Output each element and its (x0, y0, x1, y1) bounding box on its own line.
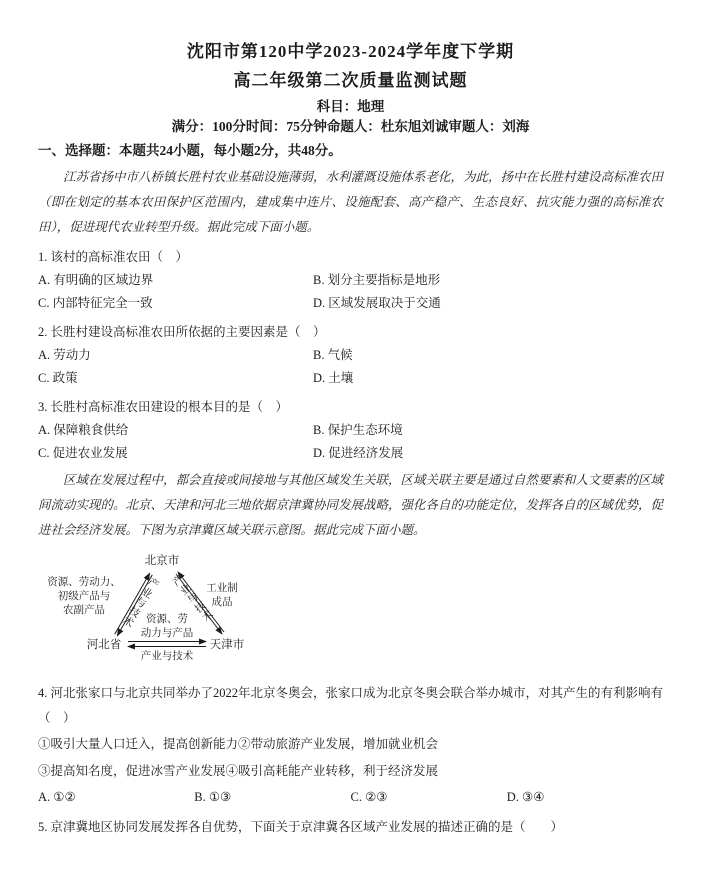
node-beijing: 北京市 (145, 552, 180, 568)
label-tianjin-to-hebei: 产业与技术 (141, 650, 194, 664)
label-hebei-to-beijing-line2: 初级产品与 (47, 590, 121, 604)
exam-meta-line: 满分：100分时间：75分钟命题人：杜东旭刘诚审题人：刘海 (38, 117, 663, 137)
question-5: 5. 京津冀地区协同发展发挥各自优势，下面关于京津冀各区域产业发展的描述正确的是… (38, 816, 663, 839)
question-2-option-d: D. 土壤 (313, 367, 663, 390)
label-tianjin-to-beijing-line1: 工业制 (206, 582, 238, 596)
question-2-options-row-2: C. 政策 D. 土壤 (38, 367, 663, 390)
label-tianjin-to-beijing-line2: 成品 (206, 596, 238, 610)
question-2-option-a: A. 劳动力 (38, 344, 313, 367)
question-1-option-b: B. 划分主要指标是地形 (313, 269, 663, 292)
question-2-stem: 2. 长胜村建设高标准农田所依据的主要因素是（ ） (38, 321, 663, 344)
exam-title-line2: 高二年级第二次质量监测试题 (38, 69, 663, 93)
question-3-stem: 3. 长胜村高标准农田建设的根本目的是（ ） (38, 396, 663, 419)
question-1-option-a: A. 有明确的区域边界 (38, 269, 313, 292)
exam-title-line1: 沈阳市第120中学2023-2024学年度下学期 (38, 40, 663, 64)
question-3-options-row-1: A. 保障粮食供给 B. 保护生态环境 (38, 419, 663, 442)
question-1-stem: 1. 该村的高标准农田（ ） (38, 246, 663, 269)
question-3-option-c: C. 促进农业发展 (38, 442, 313, 465)
exam-page: 沈阳市第120中学2023-2024学年度下学期 高二年级第二次质量监测试题 科… (0, 0, 701, 877)
jingjinji-relation-diagram: 北京市 河北省 天津市 资源、劳动力、 初级产品与 农副产品 产业与技术 产业与… (46, 547, 366, 675)
question-4-option-d: D. ③④ (507, 785, 663, 810)
question-3-option-d: D. 促进经济发展 (313, 442, 663, 465)
subject-line: 科目：地理 (38, 96, 663, 117)
question-2-option-c: C. 政策 (38, 367, 313, 390)
label-hebei-to-beijing: 资源、劳动力、 初级产品与 农副产品 (47, 576, 121, 618)
question-1-options-row-2: C. 内部特征完全一致 D. 区域发展取决于交通 (38, 292, 663, 315)
question-3-options-row-2: C. 促进农业发展 D. 促进经济发展 (38, 442, 663, 465)
node-hebei: 河北省 (87, 636, 122, 652)
question-4-option-a: A. ①② (38, 785, 194, 810)
question-4-option-c: C. ②③ (351, 785, 507, 810)
question-4-statements-1: ①吸引大量人口迁入，提高创新能力②带动旅游产业发展，增加就业机会 (38, 731, 663, 758)
question-4: 4. 河北张家口与北京共同举办了2022年北京冬奥会，张家口成为北京冬奥会联合举… (38, 681, 663, 810)
question-1-options-row-1: A. 有明确的区域边界 B. 划分主要指标是地形 (38, 269, 663, 292)
label-hebei-to-beijing-line1: 资源、劳动力、 (47, 576, 121, 590)
passage-2: 区域在发展过程中，都会直接或间接地与其他区域发生关联，区域关联主要是通过自然要素… (38, 468, 663, 543)
question-5-stem: 5. 京津冀地区协同发展发挥各自优势，下面关于京津冀各区域产业发展的描述正确的是… (38, 816, 663, 839)
label-hebei-to-tianjin-line2: 动力与产品 (141, 627, 194, 641)
question-1: 1. 该村的高标准农田（ ） A. 有明确的区域边界 B. 划分主要指标是地形 … (38, 246, 663, 315)
question-2: 2. 长胜村建设高标准农田所依据的主要因素是（ ） A. 劳动力 B. 气候 C… (38, 321, 663, 390)
question-2-options-row-1: A. 劳动力 B. 气候 (38, 344, 663, 367)
label-tianjin-to-beijing: 工业制 成品 (206, 582, 238, 610)
passage-1: 江苏省扬中市八桥镇长胜村农业基础设施薄弱，水利灌溉设施体系老化，为此，扬中在长胜… (38, 165, 663, 240)
section-heading: 一、选择题：本题共24小题，每小题2分，共48分。 (38, 139, 663, 162)
node-tianjin: 天津市 (210, 636, 245, 652)
label-hebei-to-tianjin-line1: 资源、劳 (141, 613, 194, 627)
question-3-option-a: A. 保障粮食供给 (38, 419, 313, 442)
question-4-options-row: A. ①② B. ①③ C. ②③ D. ③④ (38, 785, 663, 810)
question-4-stem: 4. 河北张家口与北京共同举办了2022年北京冬奥会，张家口成为北京冬奥会联合举… (38, 681, 663, 731)
question-3: 3. 长胜村高标准农田建设的根本目的是（ ） A. 保障粮食供给 B. 保护生态… (38, 396, 663, 465)
question-1-option-c: C. 内部特征完全一致 (38, 292, 313, 315)
question-2-option-b: B. 气候 (313, 344, 663, 367)
question-4-statements-2: ③提高知名度，促进冰雪产业发展④吸引高耗能产业转移，利于经济发展 (38, 758, 663, 785)
question-3-option-b: B. 保护生态环境 (313, 419, 663, 442)
label-hebei-to-tianjin: 资源、劳 动力与产品 (141, 613, 194, 641)
label-hebei-to-beijing-line3: 农副产品 (47, 604, 121, 618)
question-4-option-b: B. ①③ (194, 785, 350, 810)
question-1-option-d: D. 区域发展取决于交通 (313, 292, 663, 315)
